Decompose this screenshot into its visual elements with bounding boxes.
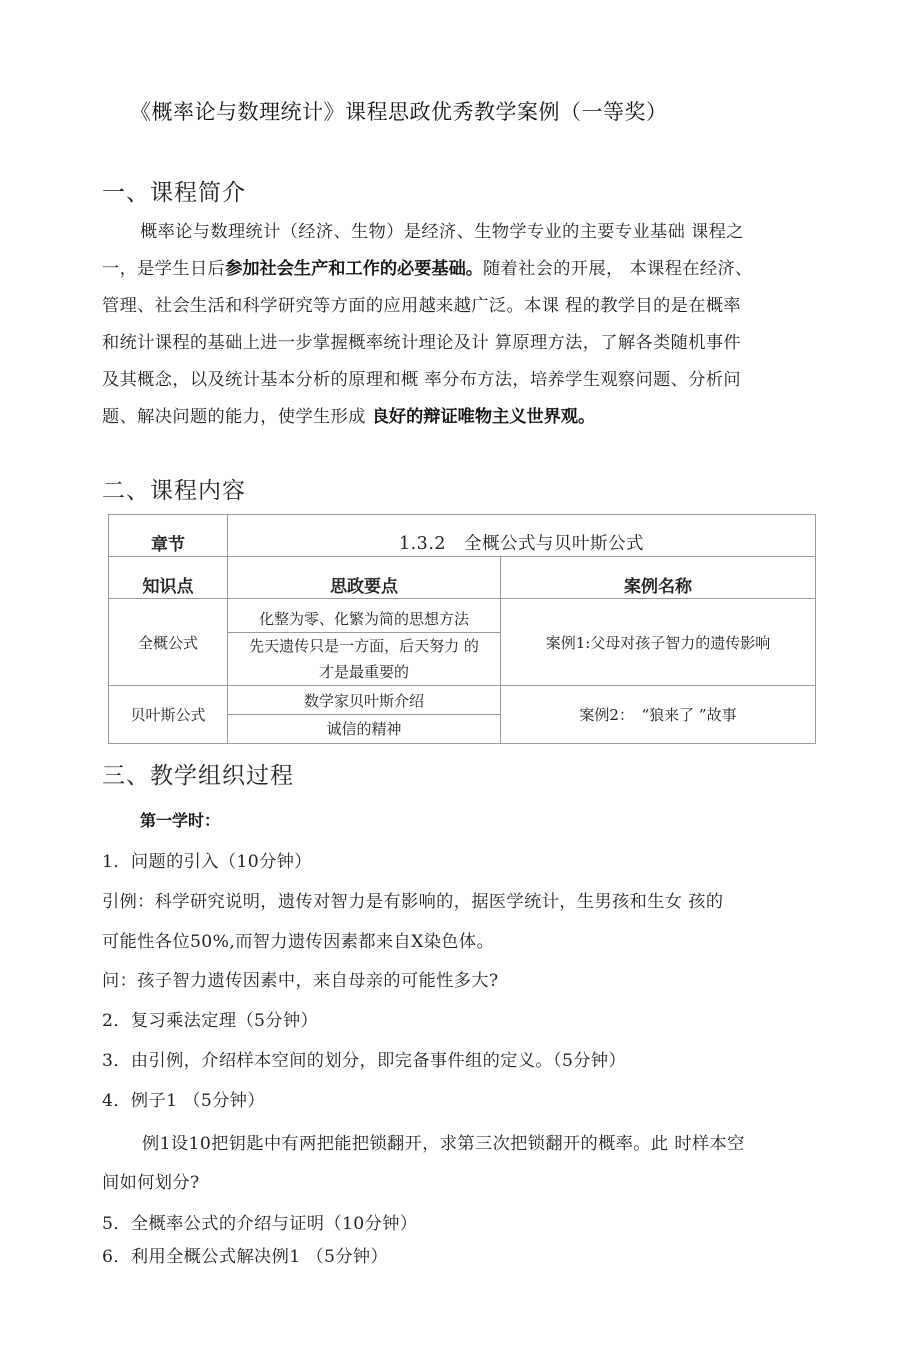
section-heading-content: 二、课程内容 <box>102 472 246 505</box>
intro-line: 题、解决问题的能力，使学生形成 良好的辩证唯物主义世界观。 <box>102 399 828 436</box>
point-item: 诚信的精神 <box>228 714 500 743</box>
point-item: 化整为零、化繁为简的思想方法 <box>228 600 500 632</box>
header-points: 思政要点 <box>228 557 501 599</box>
point-item: 数学家贝叶斯介绍 <box>228 686 500 714</box>
intro-line: 及其概念，以及统计基本分析的原理和概 率分布方法，培养学生观察问题、分析问 <box>102 362 828 399</box>
chapter-value: 1.3.2 全概公式与贝叶斯公式 <box>228 515 816 557</box>
process-step: 6．利用全概公式解决例1 （5分钟） <box>102 1242 388 1267</box>
process-text: 引例：科学研究说明，遗传对智力是有影响的，据医学统计，生男孩和生女 孩的 <box>102 887 723 912</box>
process-text: 问：孩子智力遗传因素中，来自母亲的可能性多大? <box>102 966 499 991</box>
process-step: 5．全概率公式的介绍与证明（10分钟） <box>102 1209 417 1234</box>
header-case: 案例名称 <box>501 557 816 599</box>
course-content-table: 章节 1.3.2 全概公式与贝叶斯公式 知识点 思政要点 案例名称 全概公式 化… <box>108 514 816 744</box>
knowledge-cell: 贝叶斯公式 <box>109 686 228 744</box>
table-header-row: 知识点 思政要点 案例名称 <box>109 557 816 599</box>
intro-line: 管理、社会生活和科学研究等方面的应用越来越广泛。本课 程的教学目的是在概率 <box>102 288 828 325</box>
case-cell: 案例1:父母对孩子智力的遗传影响 <box>501 599 816 686</box>
chapter-label: 章节 <box>109 515 228 557</box>
section-heading-process: 三、教学组织过程 <box>102 757 294 790</box>
table-row: 贝叶斯公式 数学家贝叶斯介绍 诚信的精神 案例2： “狼来了 ”故事 <box>109 686 816 744</box>
process-step: 2．复习乘法定理（5分钟） <box>102 1006 318 1031</box>
knowledge-cell: 全概公式 <box>109 599 228 686</box>
example-text: 例1设10把钥匙中有两把能把锁翻开，求第三次把锁翻开的概率。此 时样本空 <box>142 1129 745 1154</box>
intro-line: 一，是学生日后参加社会生产和工作的必要基础。随着社会的开展， 本课程在经济、 <box>102 251 828 288</box>
points-cell: 化整为零、化繁为简的思想方法 先天遗传只是一方面，后天努力 的 才是最重要的 <box>228 599 501 686</box>
header-knowledge: 知识点 <box>109 557 228 599</box>
intro-line: 和统计课程的基础上进一步掌握概率统计理论及计 算原理方法，了解各类随机事件 <box>102 325 828 362</box>
points-cell: 数学家贝叶斯介绍 诚信的精神 <box>228 686 501 744</box>
process-step: 1．问题的引入（10分钟） <box>102 847 312 872</box>
emphasis-text: 参加社会生产和工作的必要基础。 <box>225 259 483 279</box>
process-step: 3．由引例，介绍样本空间的划分，即完备事件组的定义。（5分钟） <box>102 1046 626 1071</box>
first-lesson-heading: 第一学时： <box>140 808 220 831</box>
intro-paragraph: 概率论与数理统计（经济、生物）是经济、生物学专业的主要专业基础 课程之 一，是学… <box>102 214 828 436</box>
process-text: 可能性各位50%,而智力遗传因素都来自X染色体。 <box>102 927 494 952</box>
table-row: 全概公式 化整为零、化繁为简的思想方法 先天遗传只是一方面，后天努力 的 才是最… <box>109 599 816 686</box>
section-heading-intro: 一、课程简介 <box>102 174 246 207</box>
emphasis-text: 良好的辩证唯物主义世界观。 <box>372 407 595 427</box>
example-text: 间如何划分? <box>102 1168 200 1193</box>
intro-line: 概率论与数理统计（经济、生物）是经济、生物学专业的主要专业基础 课程之 <box>102 214 828 251</box>
process-step: 4．例子1 （5分钟） <box>102 1086 265 1111</box>
case-cell: 案例2： “狼来了 ”故事 <box>501 686 816 744</box>
point-item: 先天遗传只是一方面，后天努力 的 <box>228 632 500 659</box>
point-item-continued: 才是最重要的 <box>228 659 500 685</box>
table-row-chapter: 章节 1.3.2 全概公式与贝叶斯公式 <box>109 515 816 557</box>
document-title: 《概率论与数理统计》课程思政优秀教学案例（一等奖） <box>130 96 668 126</box>
